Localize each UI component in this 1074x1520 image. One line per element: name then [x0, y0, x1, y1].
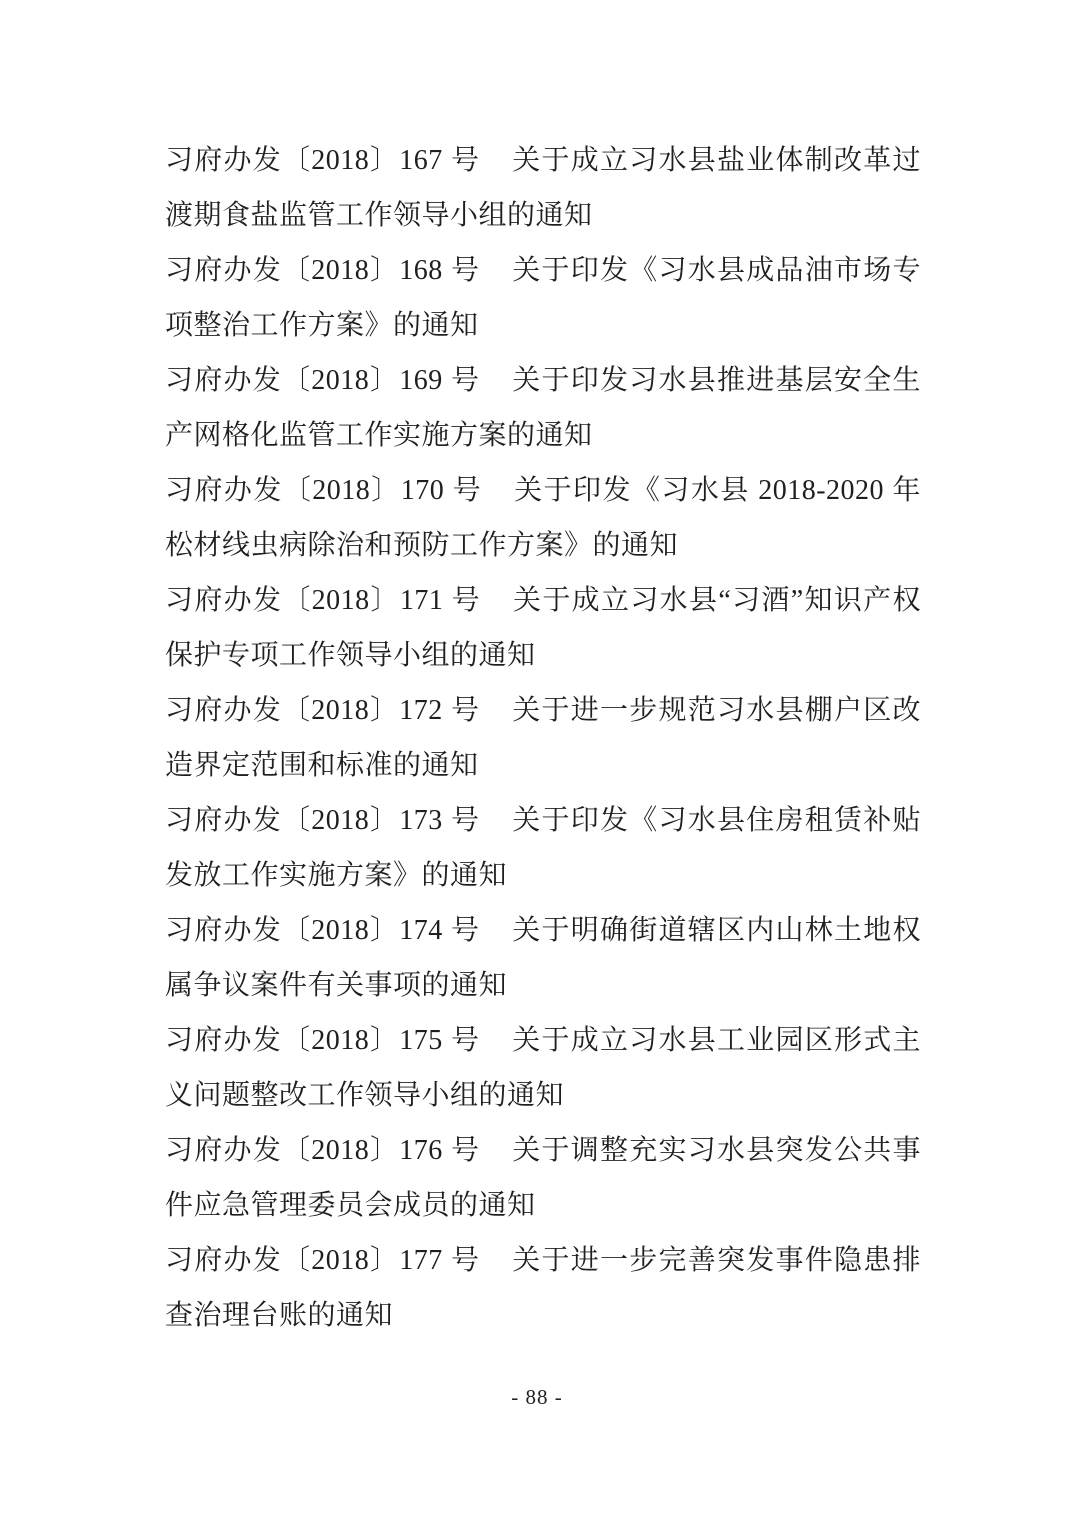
doc-number: 习府办发〔2018〕175 号	[165, 1025, 480, 1056]
doc-number: 习府办发〔2018〕172 号	[165, 695, 480, 726]
doc-number: 习府办发〔2018〕177 号	[165, 1245, 480, 1276]
list-item: 习府办发〔2018〕174 号关于明确街道辖区内山林土地权属争议案件有关事项的通…	[165, 903, 921, 1013]
doc-number: 习府办发〔2018〕168 号	[165, 255, 480, 286]
list-item: 习府办发〔2018〕175 号关于成立习水县工业园区形式主义问题整改工作领导小组…	[165, 1013, 921, 1123]
doc-number: 习府办发〔2018〕169 号	[165, 365, 480, 396]
page-number: - 88 -	[511, 1385, 563, 1409]
list-item: 习府办发〔2018〕168 号关于印发《习水县成品油市场专项整治工作方案》的通知	[165, 243, 921, 353]
list-item: 习府办发〔2018〕169 号关于印发习水县推进基层安全生产网格化监管工作实施方…	[165, 353, 921, 463]
list-item: 习府办发〔2018〕176 号关于调整充实习水县突发公共事件应急管理委员会成员的…	[165, 1123, 921, 1233]
document-page: 习府办发〔2018〕167 号关于成立习水县盐业体制改革过渡期食盐监管工作领导小…	[0, 0, 1074, 1520]
doc-number: 习府办发〔2018〕174 号	[165, 915, 480, 946]
list-item: 习府办发〔2018〕171 号关于成立习水县“习酒”知识产权保护专项工作领导小组…	[165, 573, 921, 683]
list-item: 习府办发〔2018〕173 号关于印发《习水县住房租赁补贴发放工作实施方案》的通…	[165, 793, 921, 903]
doc-number: 习府办发〔2018〕167 号	[165, 145, 480, 176]
list-item: 习府办发〔2018〕167 号关于成立习水县盐业体制改革过渡期食盐监管工作领导小…	[165, 133, 921, 243]
document-list: 习府办发〔2018〕167 号关于成立习水县盐业体制改革过渡期食盐监管工作领导小…	[165, 133, 921, 1343]
list-item: 习府办发〔2018〕172 号关于进一步规范习水县棚户区改造界定范围和标准的通知	[165, 683, 921, 793]
doc-number: 习府办发〔2018〕171 号	[165, 585, 481, 616]
page-footer: - 88 -	[0, 1385, 1074, 1410]
list-item: 习府办发〔2018〕170 号关于印发《习水县 2018-2020 年松材线虫病…	[165, 463, 921, 573]
doc-number: 习府办发〔2018〕176 号	[165, 1135, 480, 1166]
doc-number: 习府办发〔2018〕173 号	[165, 805, 480, 836]
list-item: 习府办发〔2018〕177 号关于进一步完善突发事件隐患排查治理台账的通知	[165, 1233, 921, 1343]
doc-number: 习府办发〔2018〕170 号	[165, 475, 482, 506]
